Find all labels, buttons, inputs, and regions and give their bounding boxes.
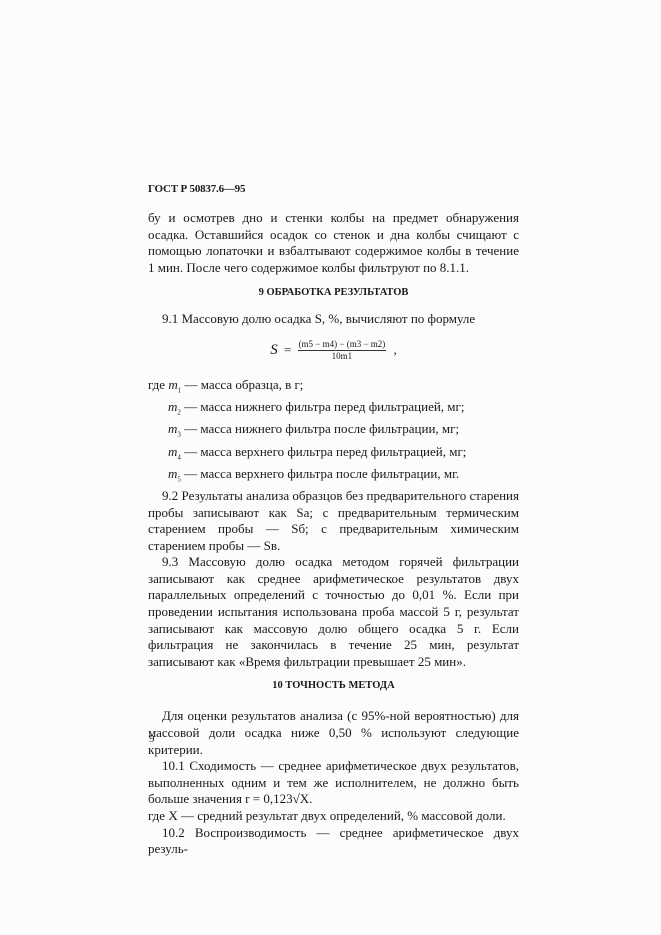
section-9-title: 9 ОБРАБОТКА РЕЗУЛЬТАТОВ (148, 285, 519, 301)
formula-fraction: (m5 − m4) − (m3 − m2) 10m1 (298, 339, 387, 362)
paragraph-where-x: где X — средний результат двух определен… (148, 808, 519, 825)
formula-comma: , (394, 342, 397, 358)
paragraph-9-3: 9.3 Массовую долю осадка методом горячей… (148, 554, 519, 670)
variable-subscript: 4 (177, 453, 181, 461)
variable-description: — масса верхнего фильтра перед фильтраци… (184, 444, 466, 459)
where-label: где (148, 377, 165, 392)
section-10-title: 10 ТОЧНОСТЬ МЕТОДА (148, 678, 519, 694)
variable-row-m1: где m1 — масса образца, в г; (148, 377, 519, 399)
formula-equals: = (284, 342, 291, 358)
variable-row-m4: m4 — масса верхнего фильтра перед фильтр… (148, 444, 519, 466)
formula-denominator: 10m1 (298, 351, 387, 362)
page-number: 9 (149, 733, 155, 745)
paragraph-9-1: 9.1 Массовую долю осадка S, %, вычисляют… (148, 311, 519, 328)
variable-symbol: m (168, 421, 177, 436)
variable-symbol: m (168, 399, 177, 414)
variable-description: — масса нижнего фильтра после фильтрации… (184, 421, 459, 436)
variable-description: — масса верхнего фильтра после фильтраци… (184, 466, 459, 481)
variable-symbol: m (168, 444, 177, 459)
formula-s: S = (m5 − m4) − (m3 − m2) 10m1 , (148, 339, 519, 369)
variable-description: — масса образца, в г; (184, 377, 303, 392)
formula-lhs: S (270, 342, 278, 359)
intro-paragraph: бу и осмотрев дно и стенки колбы на пред… (148, 210, 519, 276)
variable-row-m5: m5 — масса верхнего фильтра после фильтр… (148, 466, 519, 488)
variable-symbol: m (168, 377, 177, 392)
variable-description: — масса нижнего фильтра перед фильтрацие… (184, 399, 464, 414)
variable-row-m3: m3 — масса нижнего фильтра после фильтра… (148, 421, 519, 443)
formula-numerator: (m5 − m4) − (m3 − m2) (298, 339, 387, 351)
paragraph-10-intro: Для оценки результатов анализа (с 95%-но… (148, 708, 519, 758)
variable-symbol: m (168, 466, 177, 481)
paragraph-10-2: 10.2 Воспроизводимость — среднее арифмет… (148, 825, 519, 858)
variable-subscript: 2 (177, 409, 181, 417)
document-page: ГОСТ Р 50837.6—95 бу и осмотрев дно и ст… (148, 181, 519, 858)
variable-subscript: 3 (177, 431, 181, 439)
variable-list: где m1 — масса образца, в г; m2 — масса … (148, 377, 519, 488)
document-code-header: ГОСТ Р 50837.6—95 (148, 181, 519, 197)
paragraph-10-1: 10.1 Сходимость — среднее арифметическое… (148, 758, 519, 808)
variable-subscript: 5 (177, 475, 181, 483)
paragraph-9-2: 9.2 Результаты анализа образцов без пред… (148, 488, 519, 554)
variable-row-m2: m2 — масса нижнего фильтра перед фильтра… (148, 399, 519, 421)
variable-subscript: 1 (178, 387, 182, 395)
